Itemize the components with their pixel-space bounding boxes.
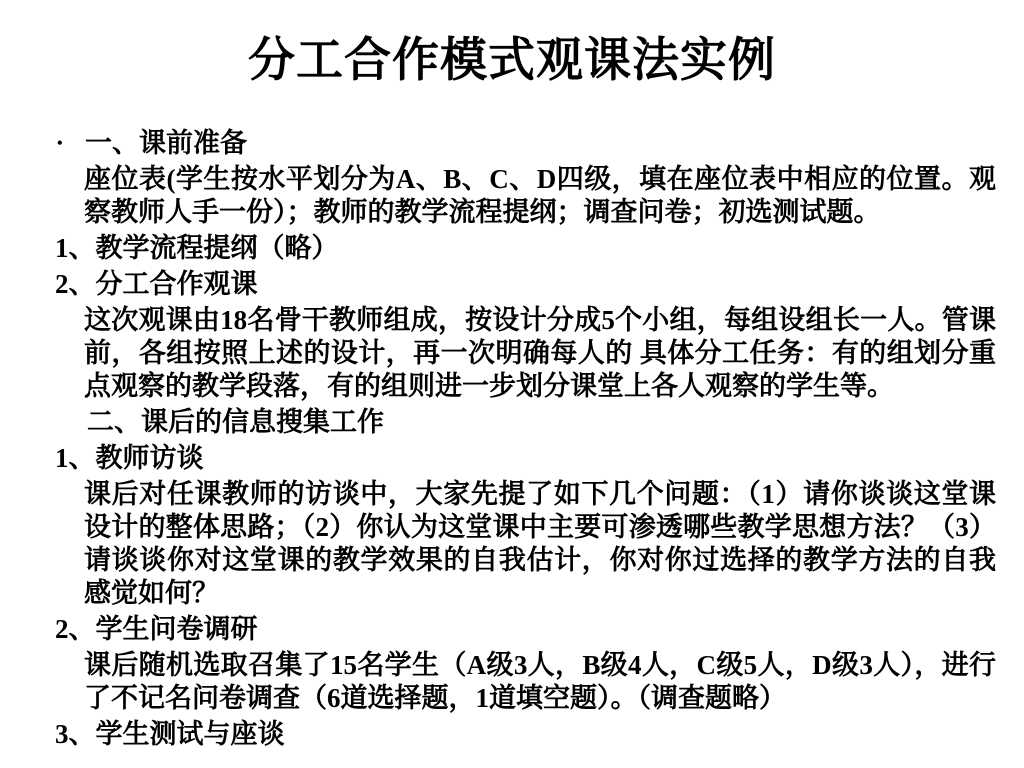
numbered-item-student-test: 3、学生测试与座谈 (0, 718, 1024, 751)
section-heading-1: 一、课前准备 (85, 127, 247, 160)
paragraph-interview-questions: 课后对任课教师的访谈中，大家先提了如下几个问题：（1）请你谈谈这堂课设计的整体思… (0, 478, 1024, 610)
numbered-item-student-survey: 2、学生问卷调研 (0, 613, 1024, 646)
section-heading-2: 二、课后的信息搜集工作 (0, 406, 1024, 439)
paragraph-observation-groups: 这次观课由18名骨干教师组成，按设计分成5个小组，每组设组长一人。管课前，各组按… (0, 304, 1024, 403)
presentation-slide: 分工合作模式观课法实例 • 一、课前准备 座位表(学生按水平划分为A、B、C、D… (0, 0, 1024, 768)
numbered-item-teaching-outline: 1、教学流程提纲（略） (0, 232, 1024, 265)
slide-title: 分工合作模式观课法实例 (0, 0, 1024, 90)
numbered-item-teacher-interview: 1、教师访谈 (0, 442, 1024, 475)
paragraph-survey-details: 课后随机选取召集了15名学生（A级3人，B级4人，C级5人，D级3人），进行了不… (0, 649, 1024, 715)
bullet-icon: • (57, 127, 85, 160)
paragraph-preparation-materials: 座位表(学生按水平划分为A、B、C、D四级，填在座位表中相应的位置。观察教师人手… (0, 163, 1024, 229)
slide-content: • 一、课前准备 座位表(学生按水平划分为A、B、C、D四级，填在座位表中相应的… (0, 127, 1024, 751)
list-item-section-1: • 一、课前准备 (0, 127, 1024, 160)
numbered-item-cooperative-observation: 2、分工合作观课 (0, 268, 1024, 301)
